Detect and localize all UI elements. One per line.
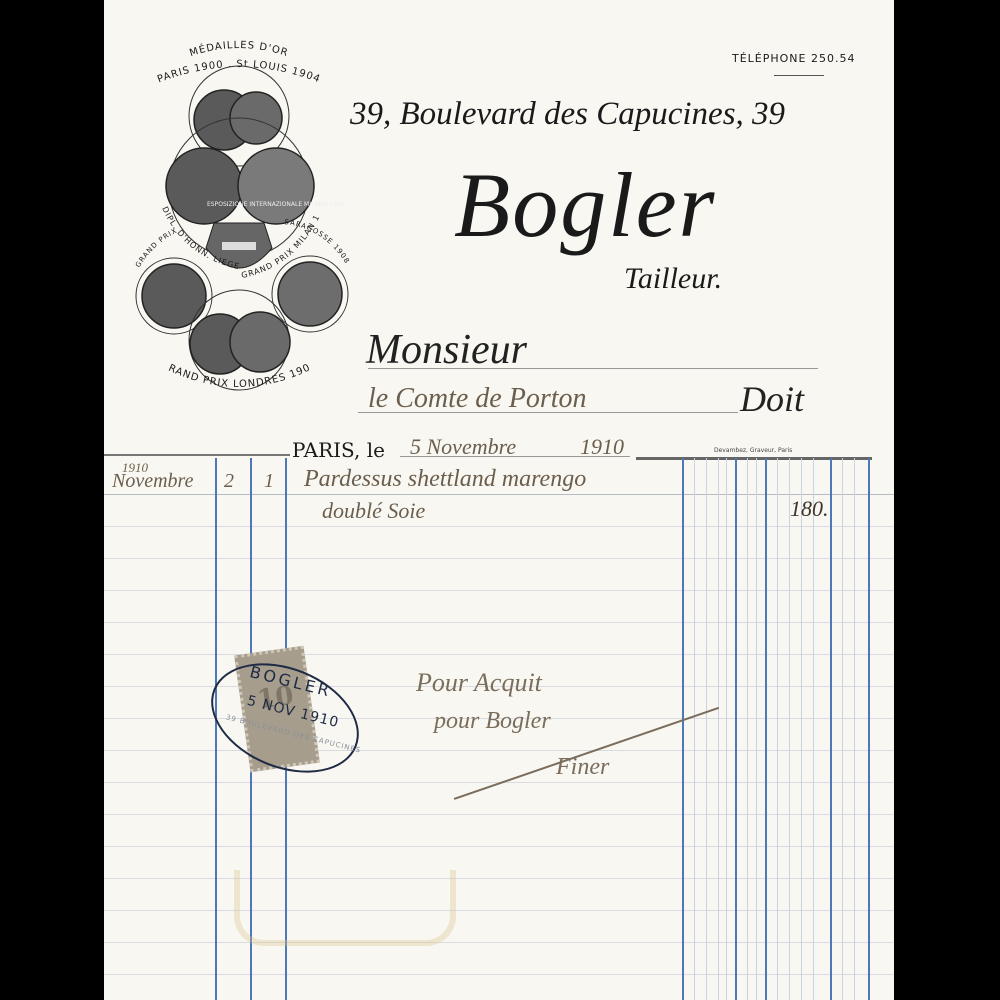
row-description: Pardessus shettland marengo: [304, 466, 586, 493]
invoice-paper: MÉDAILLES D'OR PARIS 1900 . St LOUIS 190…: [104, 0, 894, 1000]
receipt-line-2: pour Bogler: [434, 708, 551, 735]
receipt-line-1: Pour Acquit: [416, 668, 542, 698]
medals-subtitle: PARIS 1900 . St LOUIS 1904: [156, 59, 322, 85]
row-month: Novembre: [112, 470, 193, 493]
row-day: 2: [224, 470, 234, 493]
printer-credit: Devambez, Graveur, Paris: [714, 447, 792, 454]
dateline-rule-left: [104, 454, 290, 456]
medal-right-label: SARAGOSSE 1908: [284, 218, 351, 265]
row-description: doublé Soie: [322, 498, 425, 524]
expo-medal-text: ESPOSIZIONE INTERNAZIONALE MILANO 1906: [207, 201, 345, 208]
addressee-name: le Comte de Porton: [368, 383, 587, 415]
telephone: TÉLÉPHONE 250.54: [732, 52, 855, 65]
telephone-ornament: [774, 75, 824, 76]
year-handwritten: 1910: [580, 434, 624, 460]
medals-emblem: MÉDAILLES D'OR PARIS 1900 . St LOUIS 190…: [124, 28, 354, 398]
city-label: PARIS, le: [292, 438, 385, 462]
brand-name: Bogler: [454, 152, 716, 258]
row-amount: 180.: [790, 496, 829, 522]
paper-stain: [234, 870, 456, 946]
dateline-rule-right: [636, 457, 872, 460]
profession: Tailleur.: [624, 262, 722, 296]
medals-title: MÉDAILLES D'OR: [188, 40, 289, 59]
row-quantity: 1: [264, 470, 274, 493]
owes-label: Doit: [740, 378, 804, 420]
receipt-signature: Finer: [556, 754, 609, 781]
salutation: Monsieur: [366, 326, 527, 374]
address: 39, Boulevard des Capucines, 39: [350, 96, 785, 133]
date-handwritten: 5 Novembre: [410, 434, 516, 460]
